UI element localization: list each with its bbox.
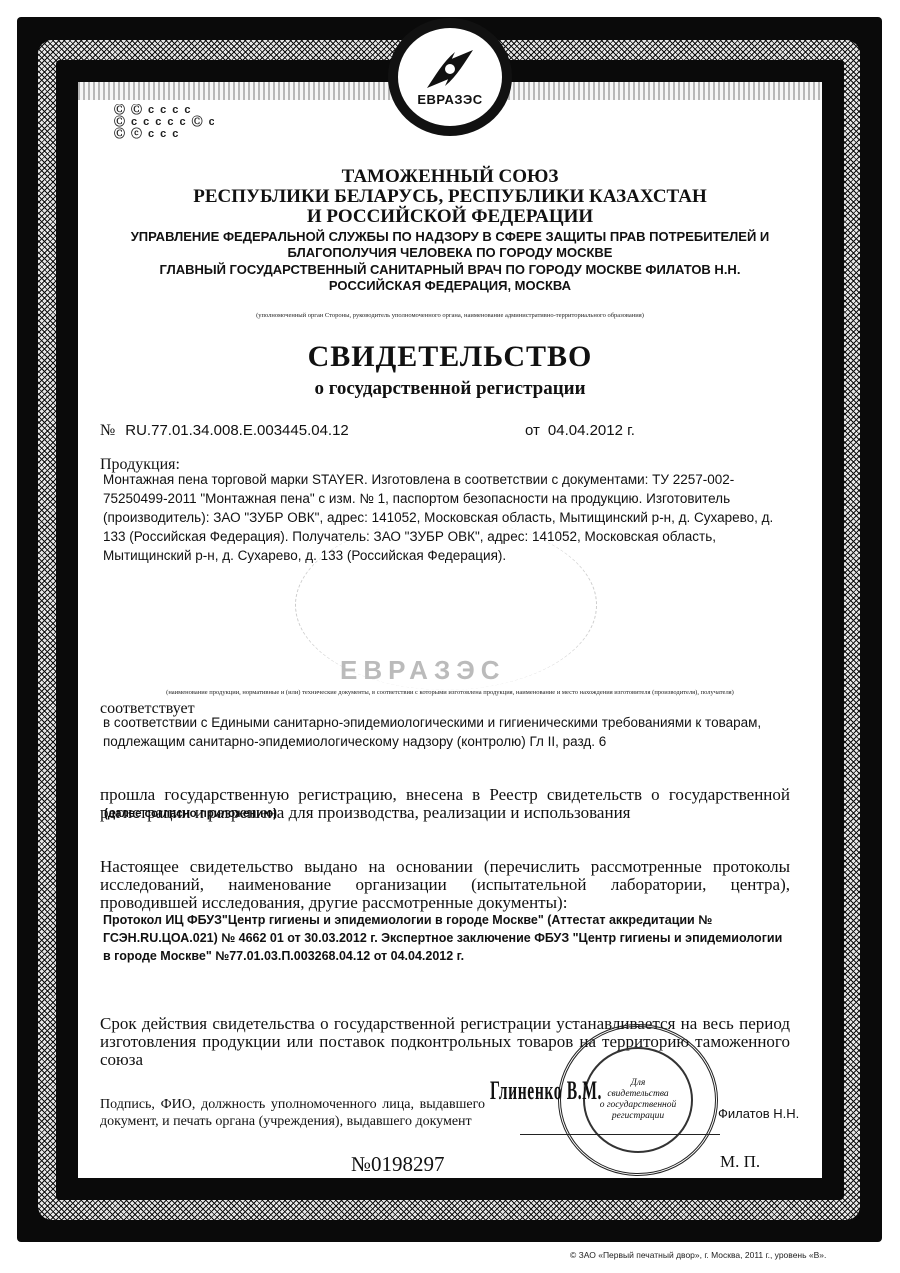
signature-label: Подпись, ФИО, должность уполномоченного …	[100, 1096, 485, 1130]
blank-number: №0198297	[351, 1152, 445, 1177]
seal-text-2: свидетельства	[607, 1089, 668, 1100]
product-caption: (наименование продукции, нормативные и (…	[100, 689, 800, 696]
seal-text-4: регистрации	[612, 1111, 664, 1122]
document-title: СВИДЕТЕЛЬСТВО	[78, 340, 822, 374]
evrazes-emblem-icon	[425, 48, 475, 90]
document-subtitle: о государственной регистрации	[78, 378, 822, 400]
security-pattern-c-icon: ⒸⒸcccc ⒸcccccⒸcccc Ⓒⓒccc	[114, 104, 214, 154]
member-states-line: РЕСПУБЛИКИ БЕЛАРУСЬ, РЕСПУБЛИКИ КАЗАХСТА…	[78, 186, 822, 208]
chief-sanitary-doctor: ГЛАВНЫЙ ГОСУДАРСТВЕННЫЙ САНИТАРНЫЙ ВРАЧ …	[78, 262, 822, 277]
issuance-basis: Настоящее свидетельство выдано на основа…	[100, 858, 790, 912]
authority-caption: (уполномоченный орган Стороны, руководит…	[100, 312, 800, 319]
date-prefix: от	[525, 422, 540, 439]
emblem-label: ЕВРАЗЭС	[417, 92, 482, 107]
seal-text-3: о государственной	[600, 1100, 677, 1111]
seal-text-1: Для	[631, 1078, 646, 1089]
signer-name-stamp: Глиненко В.М.	[490, 1076, 602, 1106]
signature-line	[520, 1134, 720, 1135]
seal-place-label: М. П.	[720, 1152, 760, 1172]
printer-note: © ЗАО «Первый печатный двор», г. Москва,…	[570, 1250, 826, 1260]
registration-note: (далее согласно приложению)	[104, 808, 277, 820]
customs-union-title: ТАМОЖЕННЫЙ СОЮЗ	[78, 166, 822, 188]
registration-date-value: 04.04.2012 г.	[548, 422, 635, 439]
number-sign: №	[100, 422, 115, 439]
signer-name: Филатов Н.Н.	[718, 1106, 799, 1121]
conformity-text: в соответствии с Едиными санитарно-эпиде…	[103, 713, 793, 751]
issuing-authority: УПРАВЛЕНИЕ ФЕДЕРАЛЬНОЙ СЛУЖБЫ ПО НАДЗОРУ…	[100, 229, 800, 261]
registration-date: от04.04.2012 г.	[525, 422, 635, 439]
member-states-line-2: И РОССИЙСКОЙ ФЕДЕРАЦИИ	[78, 206, 822, 228]
authority-location: РОССИЙСКАЯ ФЕДЕРАЦИЯ, МОСКВА	[78, 278, 822, 293]
registration-number-value: RU.77.01.34.008.E.003445.04.12	[125, 422, 349, 439]
watermark-label: ЕВРАЗЭС	[340, 655, 506, 686]
registration-number: №RU.77.01.34.008.E.003445.04.12	[100, 422, 349, 440]
emblem: ЕВРАЗЭС	[388, 18, 512, 136]
basis-documents: Протокол ИЦ ФБУЗ"Центр гигиены и эпидеми…	[103, 911, 793, 965]
